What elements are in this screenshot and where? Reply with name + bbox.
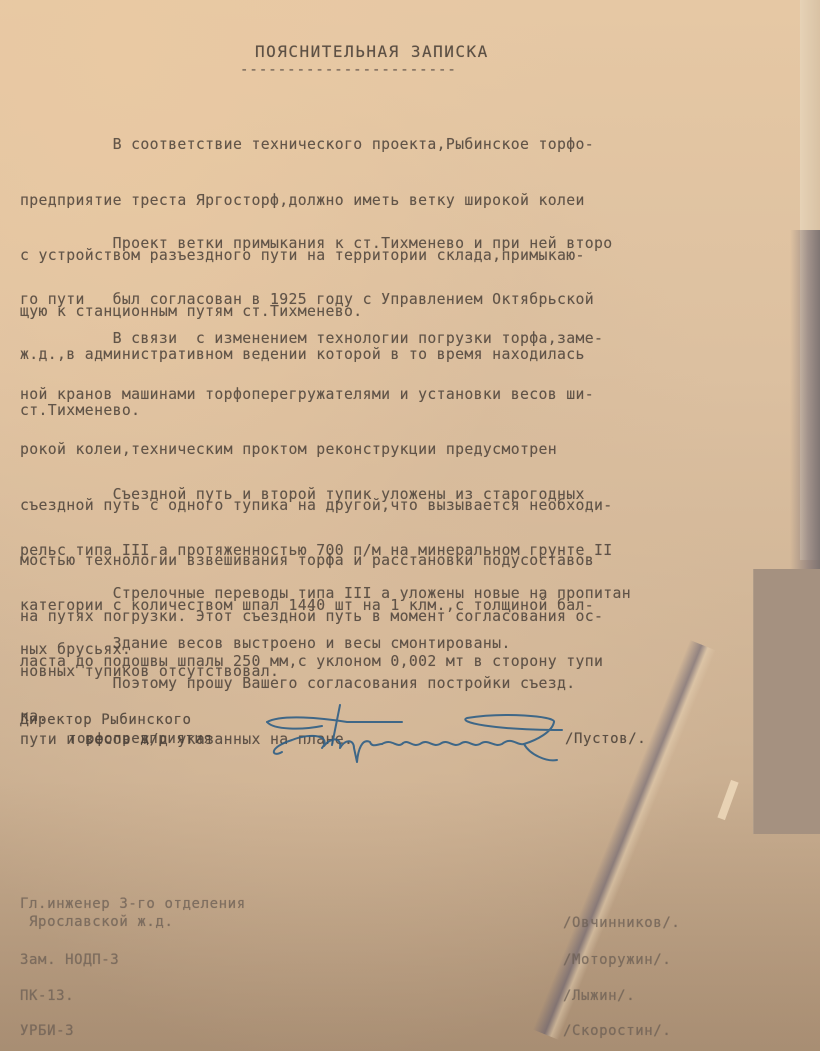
page-fold	[790, 230, 820, 570]
signatory-1-title-line1: Гл.инженер 3-го отделения	[20, 896, 246, 912]
signatory-3-name: /Лыжин/.	[563, 988, 635, 1004]
signatory-2-title: Зам. НОДП-3	[20, 952, 119, 968]
director-title-line1: Директор Рыбинского	[20, 712, 192, 728]
signatory-3-title: ПК-13.	[20, 988, 74, 1004]
text-line: Проект ветки примыкания к ст.Тихменево и…	[20, 235, 613, 254]
director-title-line2: торфопредприятия	[68, 731, 212, 747]
director-signature	[262, 700, 572, 770]
text-line: ной кранов машинами торфоперегружателями…	[20, 386, 613, 405]
text-line: В соответствие технического проекта,Рыби…	[20, 136, 594, 155]
title-underline: -----------------------	[240, 62, 457, 78]
text-line: В связи с изменением технологии погрузки…	[20, 330, 613, 349]
signatory-2-name: /Моторужин/.	[563, 952, 671, 968]
document-title: ПОЯСНИТЕЛЬНАЯ ЗАПИСКА	[255, 42, 489, 61]
signatory-4-name: /Скоростин/.	[563, 1023, 671, 1039]
signatory-4-title: УРБИ-3	[20, 1023, 74, 1039]
text-line: Съездной путь и второй тупик уложены из …	[20, 486, 613, 505]
signatory-1-title-line2: Ярославской ж.д.	[20, 914, 174, 930]
text-line: Поэтому прошу Вашего согласования постро…	[20, 675, 576, 694]
background-surface	[753, 569, 820, 834]
signatory-1-name: /Овчинников/.	[563, 915, 680, 931]
director-name: /Пустов/.	[565, 731, 646, 747]
